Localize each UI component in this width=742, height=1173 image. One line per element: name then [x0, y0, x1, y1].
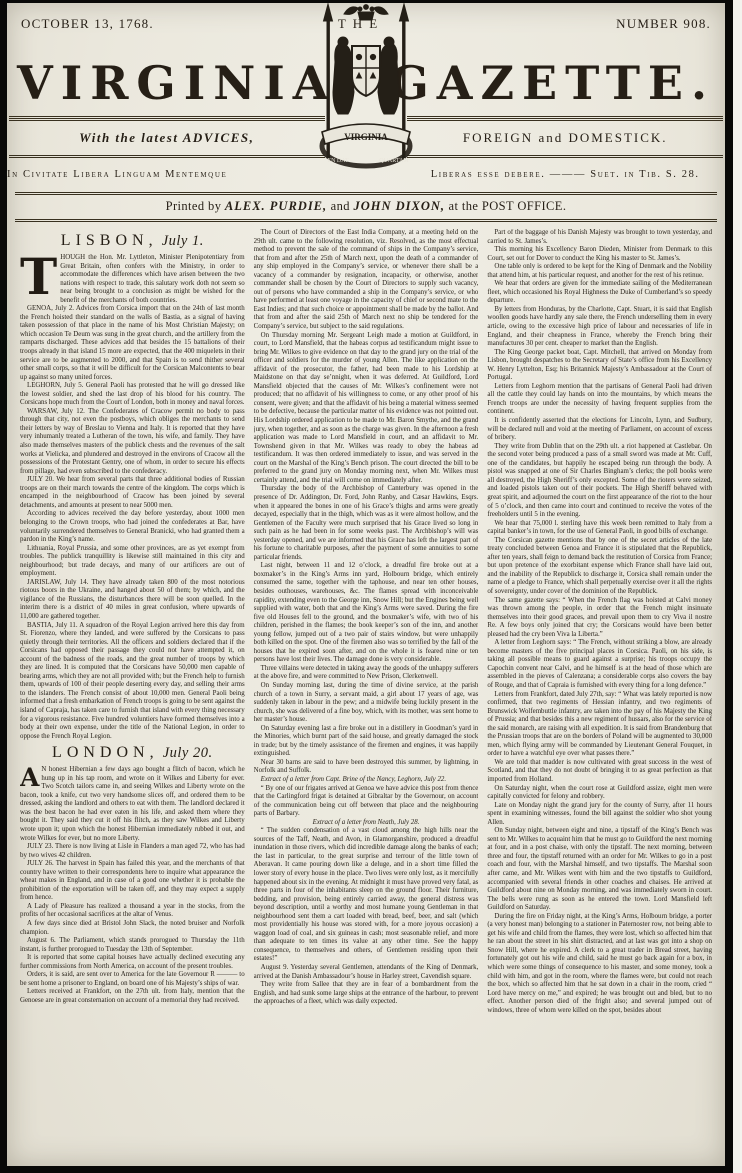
article-paragraph: One table only is ordered to be kept for…: [487, 263, 712, 280]
article-paragraph: GENOA, July 2. Advices from Corsica impo…: [20, 305, 245, 382]
article-paragraph: According to advices received the day be…: [20, 510, 245, 544]
article-paragraph: Last night, between 11 and 12 o’clock, a…: [254, 562, 479, 665]
article-paragraph: August 6. The Parliament, which stands p…: [20, 937, 245, 954]
article-paragraph: The King George packet boat, Capt. Mitch…: [487, 349, 712, 383]
article-paragraph: Lithuania, Royal Prussia, and some other…: [20, 545, 245, 579]
article-paragraph: During the fire on Friday night, at the …: [487, 913, 712, 1016]
article-paragraph: Orders, it is said, are sent over to Ame…: [20, 971, 245, 988]
drop-cap: T: [20, 254, 60, 297]
newspaper-paper: OCTOBER 13, 1768. THE NUMBER 908. VIRGIN…: [7, 3, 725, 1166]
masthead-virginia: VIRGINIA: [17, 60, 337, 106]
article-paragraph: On Sunday night, between eight and nine,…: [487, 827, 712, 912]
issue-number: NUMBER 908.: [616, 16, 711, 32]
article-paragraph: We hear that 75,000 l. sterling have thi…: [487, 520, 712, 537]
article-paragraph: It is reported that some capital houses …: [20, 954, 245, 971]
article-paragraph: The Corsican gazette mentions that by on…: [487, 537, 712, 597]
article-paragraph: Letters from Leghorn mention that the pa…: [487, 383, 712, 417]
article-paragraph: It is confidently asserted that the elec…: [487, 417, 712, 443]
article-paragraph: They write from Dublin that on the 29th …: [487, 443, 712, 520]
section-place: LISBON,: [61, 232, 158, 249]
newspaper-page: OCTOBER 13, 1768. THE NUMBER 908. VIRGIN…: [0, 0, 742, 1173]
masthead: VIRGINIA GAZETTE.: [7, 32, 725, 106]
article-paragraph: JARISLAW, July 14. They have already tak…: [20, 579, 245, 622]
article-paragraph: On Saturday evening last a fire broke ou…: [254, 725, 479, 759]
article-paragraph: By letters from Honduras, by the Charlot…: [487, 306, 712, 349]
article-paragraph: On Thursday morning Mr. Sergeant Leigh m…: [254, 332, 479, 486]
crest-motto-left: EN DAT: [327, 158, 348, 164]
double-rule: [9, 116, 325, 119]
article-paragraph: LEGHORN, July 5. General Paoli has prote…: [20, 382, 245, 408]
news-body: LISBON, July 1.THOUGH the Hon. Mr. Lyttl…: [7, 222, 725, 1141]
imprint-mid: and: [327, 199, 353, 213]
article-paragraph: WARSAW, July 12. The Confederates of Cra…: [20, 408, 245, 476]
article-paragraph: On Saturday night, when the court rose a…: [487, 785, 712, 802]
scan-edge: [733, 0, 742, 1173]
article-paragraph: A Lady of Pleasure has realized a thousa…: [20, 903, 245, 920]
article-paragraph: The same gazette says: “ When the French…: [487, 597, 712, 640]
foreign-domestick-label: FOREIGN and DOMESTICK.: [463, 130, 668, 146]
news-column-right: Part of the baggage of his Danish Majest…: [487, 229, 712, 1141]
crest-motto-right: QUARTAM: [379, 158, 409, 164]
article-paragraph: A few days since died at Bristol John Sl…: [20, 920, 245, 937]
paragraph-text: HOUGH the Hon. Mr. Lyttleton, Minister P…: [60, 254, 244, 304]
band-right: FOREIGN and DOMESTICK. Liberas esse debe…: [405, 116, 725, 190]
article-paragraph: BASTIA, July 11. A squadron of the Royal…: [20, 622, 245, 742]
article-paragraph: A letter from Leghorn says: “ The French…: [487, 639, 712, 690]
drop-cap: A: [20, 766, 41, 788]
article-paragraph: “ The sudden condensation of a vast clou…: [254, 827, 479, 964]
crest-banner-text: VIRGINIA: [344, 132, 388, 142]
article-paragraph: Thursday the body of the Archbishop of C…: [254, 485, 479, 562]
article-paragraph: The Court of Directors of the East India…: [254, 229, 479, 332]
latin-motto-right: Liberas esse debere. ——— Suet. in Tib. S…: [405, 158, 725, 190]
double-rule: [407, 116, 723, 119]
article-paragraph: We hear that orders are given for the im…: [487, 280, 712, 306]
section-heading: LONDON, July 20.: [20, 744, 245, 762]
paragraph-text: N honest Hibernian a few days ago bought…: [20, 766, 245, 841]
printer-name-dixon: JOHN DIXON,: [353, 199, 445, 213]
imprint-suffix: at the POST OFFICE.: [445, 199, 566, 213]
article-paragraph: “ By one of our frigates arrived at Geno…: [254, 785, 479, 819]
section-place: LONDON,: [52, 744, 159, 761]
article-paragraph: Late on Monday night the grand jury for …: [487, 802, 712, 828]
masthead-gazette: GAZETTE.: [389, 60, 715, 106]
news-column-middle: The Court of Directors of the East India…: [254, 229, 479, 1141]
article-paragraph: We are told that madder is now cultivate…: [487, 759, 712, 785]
article-paragraph: JULY 20. We hear from several parts that…: [20, 476, 245, 510]
printer-name-purdie: ALEX. PURDIE,: [225, 199, 327, 213]
article-paragraph: THOUGH the Hon. Mr. Lyttleton, Minister …: [20, 254, 245, 305]
article-paragraph: This morning his Excellency Baron Dieden…: [487, 246, 712, 263]
issue-date: OCTOBER 13, 1768.: [21, 16, 154, 32]
article-paragraph: Part of the baggage of his Danish Majest…: [487, 229, 712, 246]
letter-extract-heading: Extract of a letter from Neath, July 28.: [254, 819, 479, 828]
letter-extract-heading: Extract of a letter from Capt. Brine of …: [254, 776, 479, 785]
news-column-left: LISBON, July 1.THOUGH the Hon. Mr. Lyttl…: [20, 229, 245, 1141]
article-paragraph: JULY 26. The harvest in Spain has failed…: [20, 860, 245, 903]
article-paragraph: JULY 23. There is now living at Lisle in…: [20, 843, 245, 860]
article-paragraph: They write from Sallee that they are in …: [254, 981, 479, 1007]
article-paragraph: August 9. Yesterday several Gentlemen, a…: [254, 964, 479, 981]
article-paragraph: Three villains were detected in taking a…: [254, 665, 479, 682]
article-paragraph: AN honest Hibernian a few days ago bough…: [20, 766, 245, 843]
band-left: With the latest ADVICES, In Civitate Lib…: [7, 116, 327, 190]
article-paragraph: Letters received at Frankfort, on the 27…: [20, 988, 245, 1005]
article-paragraph: Letters from Frankfort, dated July 27th,…: [487, 691, 712, 759]
advices-label: With the latest ADVICES,: [79, 130, 254, 146]
coat-of-arms: VIRGINIA EN DAT QUARTAM: [314, 3, 418, 190]
section-date: July 20.: [159, 745, 213, 761]
latin-motto-left: In Civitate Libera Linguam Mentemque: [7, 158, 327, 190]
article-paragraph: On Sunday morning last, during the time …: [254, 682, 479, 725]
section-date: July 1.: [158, 233, 204, 249]
imprint-prefix: Printed by: [166, 199, 225, 213]
imprint-line: Printed by ALEX. PURDIE, and JOHN DIXON,…: [7, 195, 725, 217]
article-paragraph: Near 30 barns are said to have been dest…: [254, 759, 479, 776]
